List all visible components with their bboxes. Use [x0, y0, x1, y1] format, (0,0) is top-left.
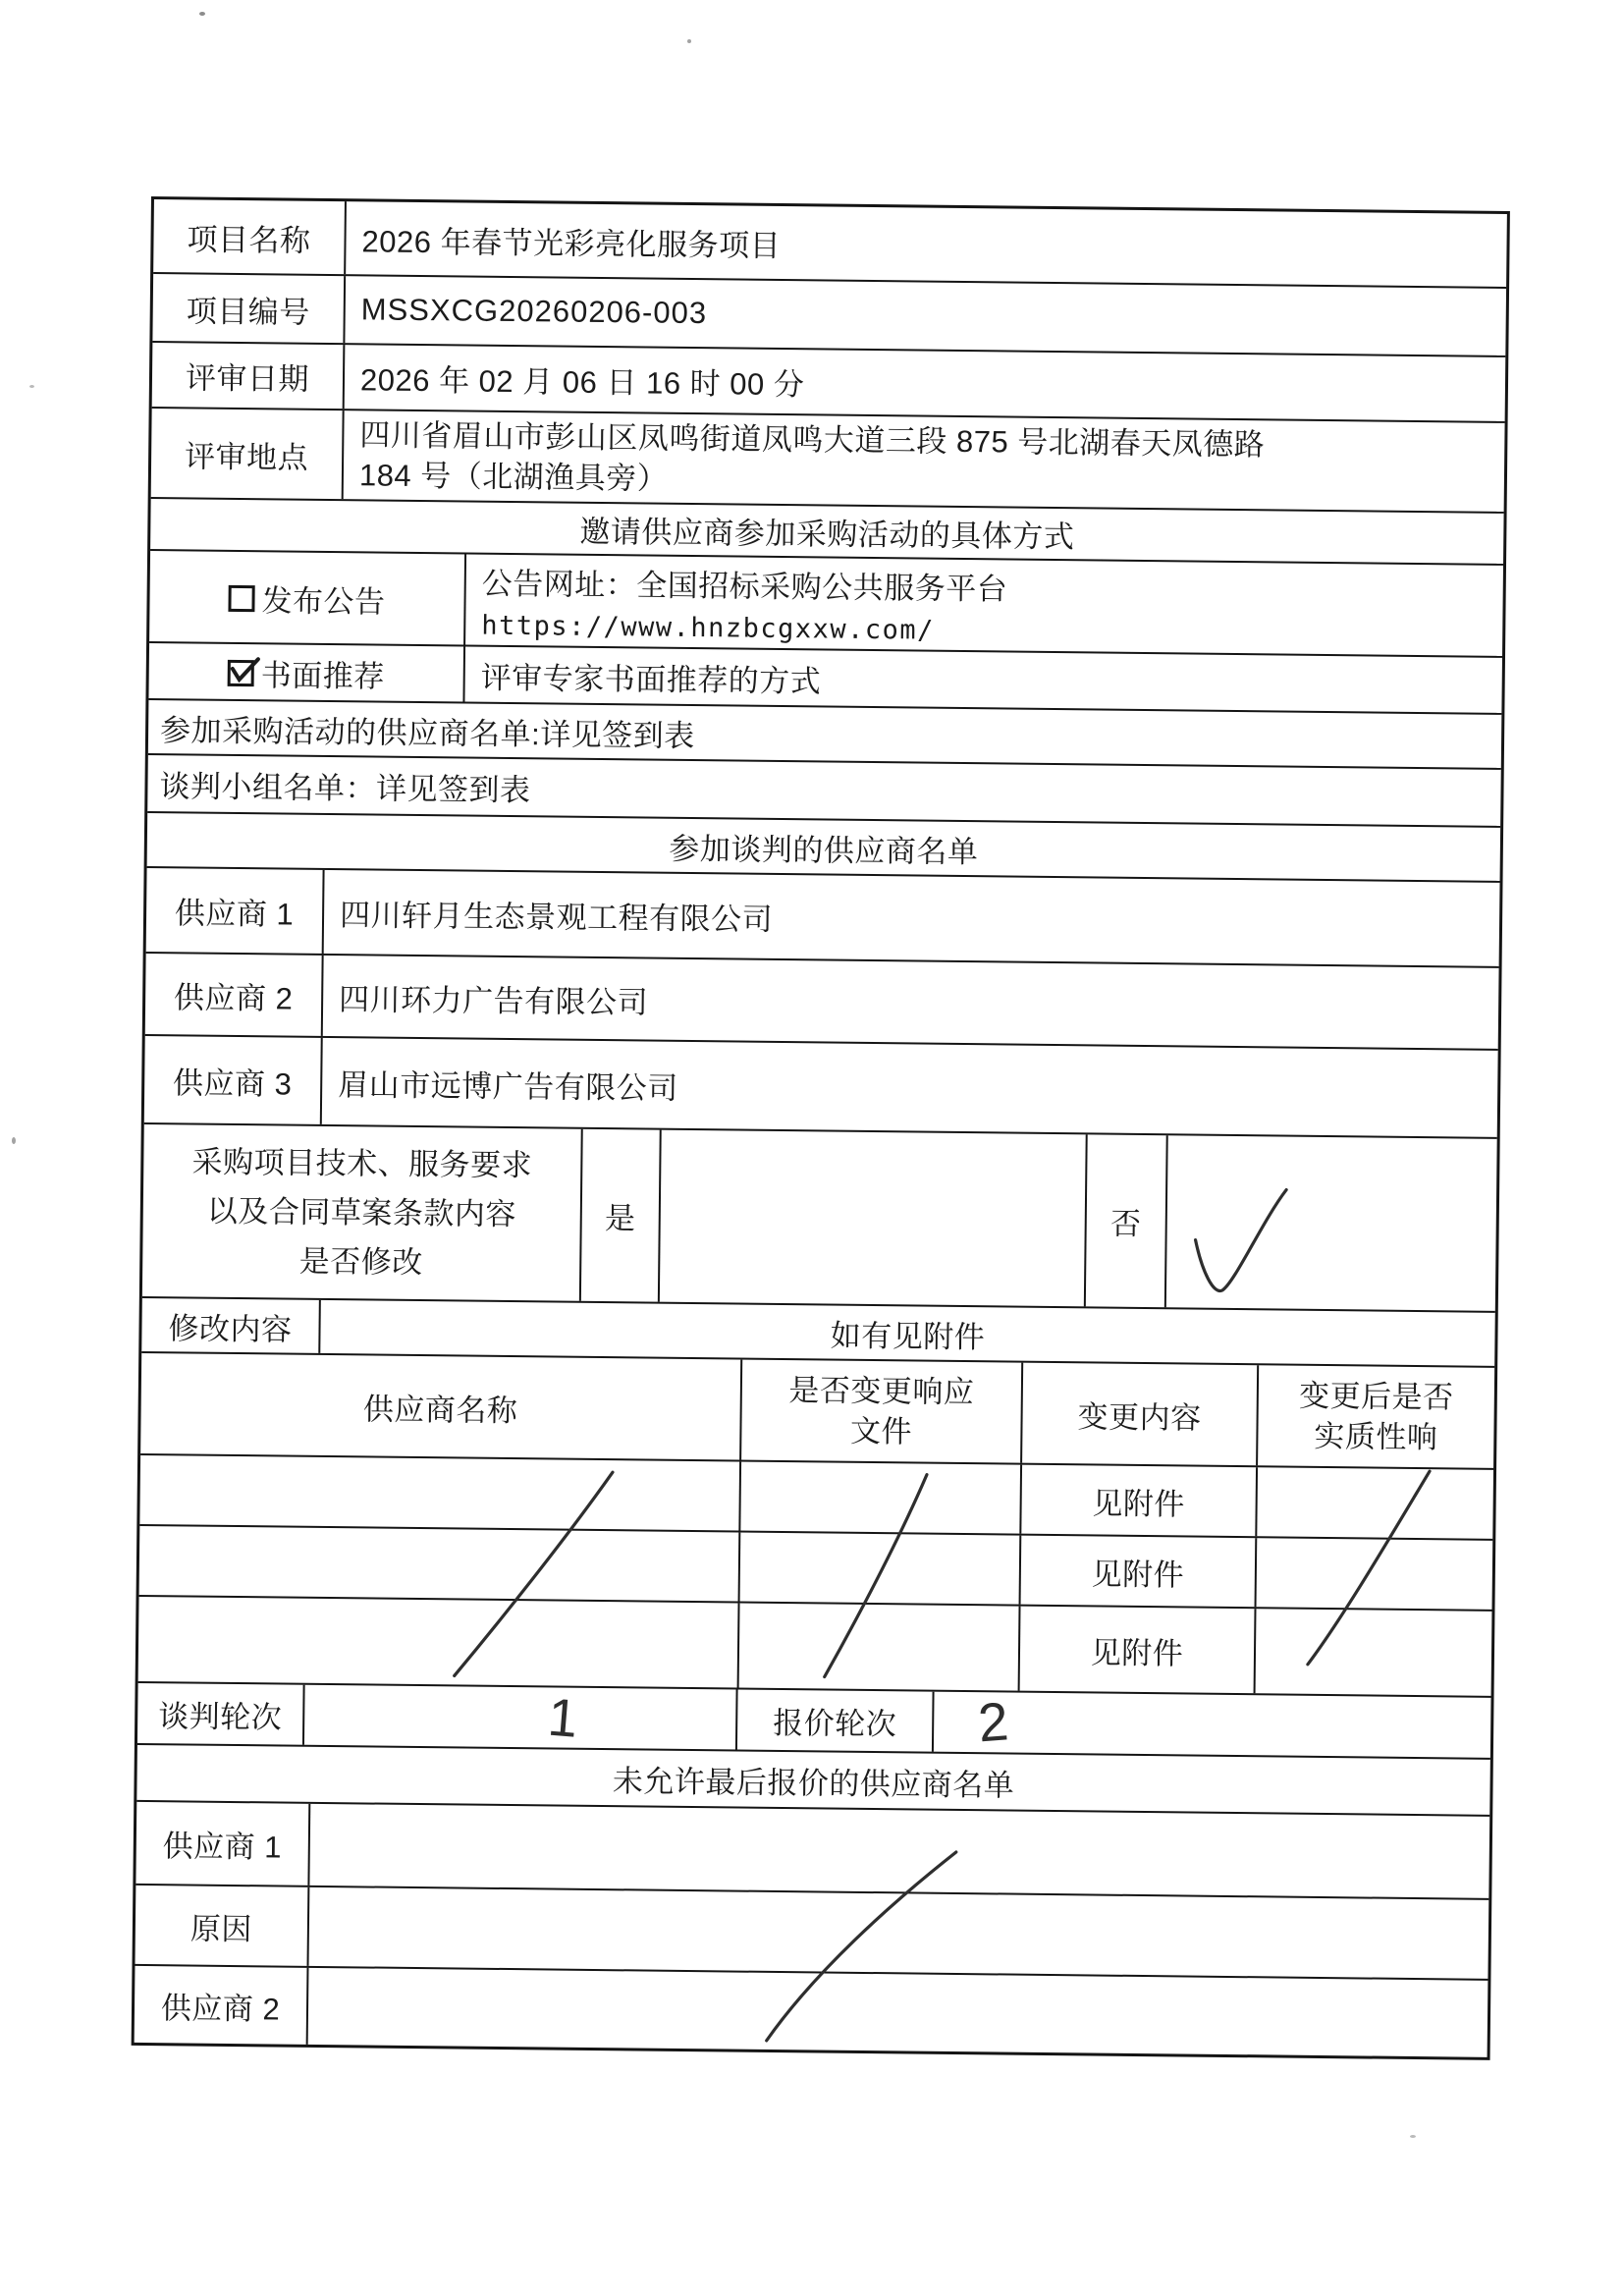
review-date-value-cell: 2026 年 02 月 06 日 16 时 00 分 [345, 345, 1506, 421]
checkbox-checked-icon [228, 659, 254, 685]
change-header-substantive-cell: 变更后是否 实质性响 [1258, 1365, 1494, 1468]
modify-no-label-cell: 否 [1086, 1134, 1168, 1307]
change-row3-supplier-cell [138, 1597, 740, 1688]
modify-question-label-cell: 采购项目技术、服务要求 以及合同草案条款内容 是否修改 [142, 1124, 583, 1301]
change-row1-supplier-cell [139, 1455, 741, 1531]
no-quote-supplier1-value-cell [309, 1804, 1489, 1898]
scan-speck [199, 12, 205, 16]
project-number-value: MSSXCG20260206-003 [361, 292, 708, 331]
change-row1-content-cell: 见附件 [1021, 1465, 1258, 1537]
negotiation-round-value-cell: 1 [304, 1685, 738, 1750]
checkbox-unchecked-icon [228, 584, 254, 611]
no-quote-supplier2-label: 供应商 2 [161, 1983, 281, 2028]
no-quote-supplier2-label-cell: 供应商 2 [135, 1966, 309, 2045]
project-number-value-cell: MSSXCG20260206-003 [345, 276, 1506, 355]
change-row1-substantive-cell [1257, 1467, 1493, 1539]
change-table-header-row: 供应商名称 是否变更响应 文件 变更内容 变更后是否 实质性响 [140, 1353, 1494, 1470]
scan-speck [12, 1137, 16, 1144]
modify-content-label: 修改内容 [168, 1303, 292, 1348]
review-location-label-cell: 评审地点 [151, 409, 345, 499]
modify-yes-label-cell: 是 [581, 1129, 662, 1302]
publish-announcement-label: 发布公告 [261, 575, 385, 621]
project-name-label-cell: 项目名称 [153, 199, 347, 274]
supplier3-label-cell: 供应商 3 [144, 1036, 323, 1124]
supplier-row: 供应商 1 四川轩月生态景观工程有限公司 [146, 868, 1500, 968]
quote-round-label-cell: 报价轮次 [737, 1690, 935, 1752]
review-location-line2: 184 号（北湖渔具旁） [359, 455, 669, 498]
table-row: 原因 [135, 1886, 1489, 1981]
supplier2-name: 四川环力广告有限公司 [339, 974, 648, 1021]
written-recommendation-option-cell: 书面推荐 [148, 643, 465, 701]
change-row2-substantive-cell [1257, 1538, 1493, 1610]
invite-section-title: 邀请供应商参加采购活动的具体方式 [579, 507, 1074, 556]
change-header-content-cell: 变更内容 [1022, 1363, 1259, 1466]
handwritten-quote-round-value: 2 [976, 1694, 1010, 1750]
change-row1-content: 见附件 [1092, 1478, 1185, 1523]
project-name-label: 项目名称 [187, 214, 310, 259]
announcement-url: https://www.hnzbcgxxw.com/ [481, 611, 935, 646]
handwritten-negotiation-round-value: 1 [546, 1690, 579, 1745]
modify-question-line2: 以及合同草案条款内容 [207, 1186, 517, 1238]
review-date-value: 2026 年 02 月 06 日 16 时 00 分 [360, 355, 805, 404]
publish-announcement-detail-cell: 公告网址：全国招标采购公共服务平台 https://www.hnzbcgxxw.… [465, 554, 1503, 655]
announcement-url-title: 公告网址：全国招标采购公共服务平台 [482, 559, 1008, 609]
negotiation-round-label: 谈判轮次 [158, 1691, 282, 1736]
change-header-changed-cell: 是否变更响应 文件 [741, 1360, 1023, 1463]
no-quote-reason-label: 原因 [190, 1903, 252, 1948]
scan-speck [687, 39, 691, 43]
negotiation-round-label-cell: 谈判轮次 [137, 1683, 305, 1745]
no-quote-reason-value-cell [309, 1887, 1489, 1979]
change-row3-content: 见附件 [1091, 1627, 1184, 1672]
supplier2-label: 供应商 2 [174, 972, 294, 1017]
participants-note: 参加采购活动的供应商名单:详见签到表 [160, 705, 695, 755]
supplier3-name: 眉山市远博广告有限公司 [338, 1060, 678, 1108]
project-number-label: 项目编号 [187, 286, 310, 331]
written-recommendation-detail: 评审专家书面推荐的方式 [481, 652, 822, 700]
change-header-changed-line2: 文件 [850, 1411, 912, 1452]
no-quote-supplier1-label: 供应商 1 [162, 1821, 282, 1866]
change-table-row: 见附件 [138, 1597, 1492, 1698]
panel-note: 谈判小组名单：详见签到表 [159, 761, 530, 809]
modify-content-label-cell: 修改内容 [141, 1298, 321, 1353]
table-row: 供应商 2 [135, 1966, 1488, 2057]
project-number-label-cell: 项目编号 [152, 274, 346, 343]
change-row3-substantive-cell [1256, 1609, 1492, 1696]
negotiation-list-title: 参加谈判的供应商名单 [669, 823, 978, 870]
change-row2-changed-cell [740, 1533, 1022, 1605]
quote-round-value-cell: 2 [934, 1692, 1491, 1758]
change-row2-supplier-cell [139, 1526, 741, 1602]
modify-no-answer-cell [1166, 1135, 1497, 1311]
scan-speck [29, 385, 34, 388]
change-header-substantive-line1: 变更后是否 [1299, 1376, 1454, 1418]
supplier2-label-cell: 供应商 2 [145, 954, 324, 1036]
written-recommendation-label: 书面推荐 [261, 650, 385, 695]
invite-option-row: 发布公告 公告网址：全国招标采购公共服务平台 https://www.hnzbc… [149, 551, 1503, 658]
change-row2-content-cell: 见附件 [1021, 1536, 1258, 1608]
review-date-label: 评审日期 [186, 353, 309, 398]
modify-question-row: 采购项目技术、服务要求 以及合同草案条款内容 是否修改 是 否 [142, 1124, 1497, 1313]
modify-question-line3: 是否修改 [299, 1236, 424, 1286]
project-name-value: 2026 年春节光彩亮化服务项目 [361, 216, 781, 265]
no-final-quote-title: 未允许最后报价的供应商名单 [613, 1756, 1015, 1804]
supplier3-label: 供应商 3 [173, 1058, 293, 1103]
modify-question-line1: 采购项目技术、服务要求 [191, 1137, 532, 1190]
change-row3-content-cell: 见附件 [1020, 1607, 1257, 1694]
no-quote-supplier2-value-cell [308, 1968, 1488, 2057]
supplier1-name-cell: 四川轩月生态景观工程有限公司 [324, 870, 1500, 966]
supplier-row: 供应商 3 眉山市远博广告有限公司 [144, 1036, 1498, 1139]
modify-yes-label: 是 [605, 1193, 636, 1237]
review-location-value-cell: 四川省眉山市彭山区凤鸣街道凤鸣大道三段 875 号北湖春天凤德路 184 号（北… [344, 410, 1505, 512]
supplier1-label: 供应商 1 [175, 888, 295, 933]
supplier1-label-cell: 供应商 1 [146, 868, 325, 954]
scanned-document-page: 项目名称 2026 年春节光彩亮化服务项目 项目编号 MSSXCG2026020… [0, 0, 1623, 2296]
no-quote-supplier1-label-cell: 供应商 1 [135, 1802, 310, 1886]
no-quote-reason-label-cell: 原因 [135, 1886, 310, 1966]
change-row3-changed-cell [739, 1604, 1021, 1691]
change-row1-changed-cell [740, 1462, 1022, 1534]
table-row: 评审地点 四川省眉山市彭山区凤鸣街道凤鸣大道三段 875 号北湖春天凤德路 18… [151, 409, 1505, 514]
modify-no-label: 否 [1110, 1199, 1142, 1243]
evaluation-form-table: 项目名称 2026 年春节光彩亮化服务项目 项目编号 MSSXCG2026020… [132, 196, 1510, 2060]
change-header-supplier-cell: 供应商名称 [140, 1353, 742, 1460]
quote-round-label: 报价轮次 [773, 1698, 896, 1743]
modify-yes-answer-cell [660, 1130, 1088, 1307]
supplier2-name-cell: 四川环力广告有限公司 [323, 956, 1499, 1049]
project-name-value-cell: 2026 年春节光彩亮化服务项目 [346, 201, 1507, 287]
table-row: 供应商 1 [135, 1802, 1489, 1900]
modify-content-value: 如有见附件 [831, 1310, 986, 1356]
change-header-changed-line1: 是否变更响应 [788, 1370, 974, 1412]
change-header-supplier: 供应商名称 [363, 1384, 518, 1430]
change-header-substantive-line2: 实质性响 [1314, 1416, 1437, 1457]
publish-announcement-option-cell: 发布公告 [149, 551, 466, 644]
supplier3-name-cell: 眉山市远博广告有限公司 [322, 1038, 1498, 1137]
review-location-label: 评审地点 [185, 431, 308, 476]
written-recommendation-detail-cell: 评审专家书面推荐的方式 [464, 646, 1502, 712]
change-row2-content: 见附件 [1091, 1549, 1184, 1594]
supplier1-name: 四川轩月生态景观工程有限公司 [340, 890, 773, 939]
scan-speck [1410, 2135, 1416, 2138]
modify-content-value-cell: 如有见附件 [320, 1300, 1495, 1366]
change-header-content: 变更内容 [1077, 1392, 1201, 1437]
supplier-row: 供应商 2 四川环力广告有限公司 [145, 954, 1499, 1051]
review-date-label-cell: 评审日期 [152, 343, 346, 409]
